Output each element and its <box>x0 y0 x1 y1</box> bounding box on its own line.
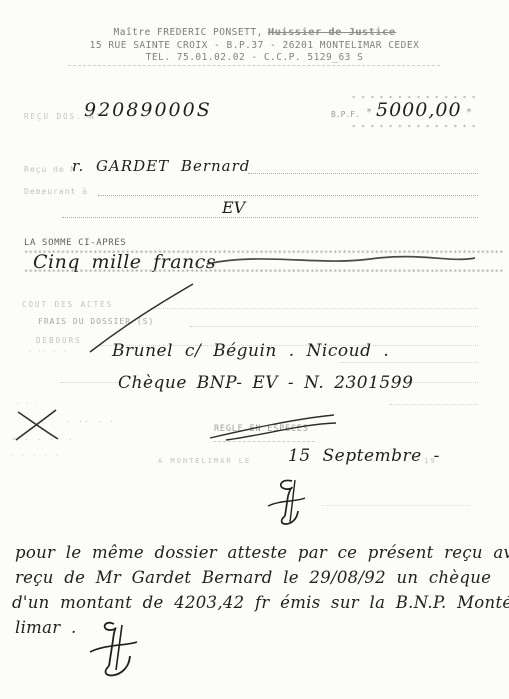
signature <box>82 616 140 682</box>
cash-dashed-underline <box>213 441 315 442</box>
dotted-leader <box>390 394 478 405</box>
amount-star-left: * <box>366 107 372 118</box>
cheque-reference-value: Chèque BNP- EV - N. 2301599 <box>118 373 413 393</box>
note-line4: limar . <box>15 618 77 637</box>
header-title-struck: Huissier de Justice <box>268 27 396 38</box>
note-line2: reçu de Mr Gardet Bernard le 29/08/92 un… <box>15 568 491 587</box>
dotted-leader <box>150 298 478 309</box>
amount-stars-bottom: * * * * * * * * * * * * * * <box>352 124 477 131</box>
residing-at-label: Demeurant à <box>24 187 88 196</box>
received-from-label: Reçu de M <box>24 165 76 174</box>
case-stub-marks: · ·· · · <box>28 347 67 355</box>
fee-line3-label: DEBOURS <box>36 336 82 345</box>
header-name: Maître FREDERIC PONSETT, <box>114 27 263 38</box>
scanned-receipt-page: Maître FREDERIC PONSETT,Huissier de Just… <box>0 0 509 699</box>
header-line1: Maître FREDERIC PONSETT,Huissier de Just… <box>0 27 509 38</box>
date-value: 15 Septembre - <box>288 446 440 466</box>
dotted-leader <box>322 495 470 506</box>
signature <box>262 476 308 528</box>
amount-star-right: * <box>466 107 472 118</box>
header-line3: TEL. 75.01.02.02 - C.C.P. 5129_63 S <box>0 52 509 63</box>
dotted-leader <box>62 207 478 218</box>
header-divider <box>68 65 440 66</box>
header-line2: 15 RUE SAINTE CROIX - B.P.37 - 26201 MON… <box>0 40 509 51</box>
handwritten-strike-marks <box>204 413 338 441</box>
dotted-leader <box>248 163 478 174</box>
amount-label: B.P.F. <box>331 110 360 119</box>
receipt-number-value: 92089000S <box>84 99 212 121</box>
place-date-label: A MONTELIMAR LE <box>158 457 251 465</box>
dotted-leader <box>190 316 478 327</box>
stub-marks-row4: · · · · · <box>10 452 61 459</box>
amount-value: 5000,00 <box>376 99 462 121</box>
dotted-leader <box>340 352 478 363</box>
year-placeholder: 19 <box>424 457 436 465</box>
note-line1: pour le même dossier atteste par ce prés… <box>15 543 509 562</box>
received-from-value: r. GARDET Bernard <box>72 157 250 175</box>
stub-marks-row2: · ·· · · <box>66 418 116 426</box>
dotted-leader <box>98 185 478 196</box>
note-line3: d'un montant de 4203,42 fr émis sur la B… <box>12 593 509 612</box>
ev-annotation: EV <box>218 198 249 217</box>
sum-section-label: LA SOMME CI-APRES <box>24 238 126 248</box>
stub-marks-row3: * · · ·· · <box>12 436 74 444</box>
stars-row-bottom: ****************************************… <box>24 268 504 276</box>
